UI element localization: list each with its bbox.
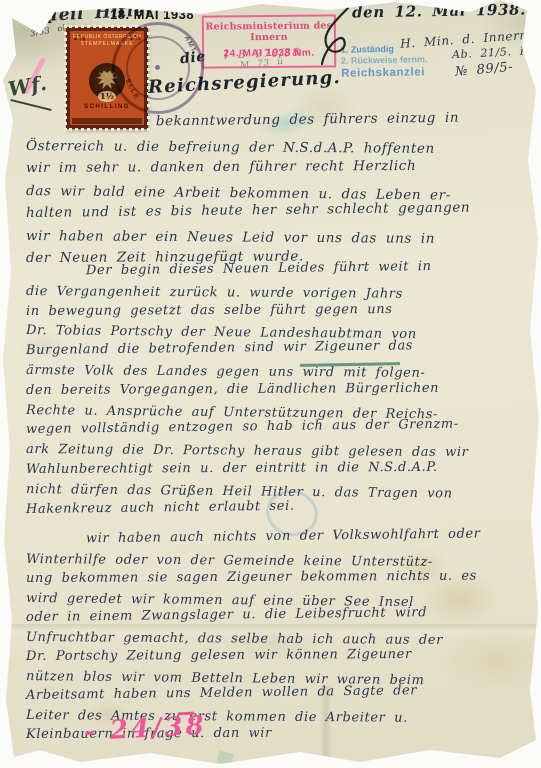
paper-remnant <box>217 751 234 766</box>
body-paragraph-1: Von der bekanntwerdung des führers einzu… <box>26 112 520 270</box>
handwritten-line: Dr. Portschy Zeitung gelesen wir können … <box>26 644 520 666</box>
paper-sheet: RK Heil Hitler 18. MAI 1938 3/53 ob den … <box>0 0 541 768</box>
handwritten-line: ung bekommen sie sagen Zigeuner bekommen… <box>26 566 520 588</box>
postmark-circle: AMT ELLE <box>112 22 204 114</box>
clerk-initial: Wf. <box>6 71 49 101</box>
handwritten-line: in bewegung gesetzt das selbe führt gege… <box>26 299 520 321</box>
handwritten-line: wir im sehr u. danken den führer recht H… <box>26 154 520 179</box>
handwritten-line: wegen vollständig entzogen so hab ich au… <box>26 414 520 440</box>
body-paragraph-3: wir haben auch nichts von der Volkswohlf… <box>26 530 520 745</box>
postmark-text-fragment-bottom: ELLE <box>124 78 140 101</box>
pencil-annotations: H. Min. d. Innern Ab. 21/5. Kb. № 89/5- <box>400 32 540 76</box>
handwritten-line: den bereits Vorgegangen, die Ländlichen … <box>26 378 520 400</box>
scanned-letter: RK Heil Hitler 18. MAI 1938 3/53 ob den … <box>0 0 541 768</box>
body-paragraph-2: Der begin dieses Neuen Leides führt weit… <box>26 262 520 519</box>
postmark-text-fragment-top: AMT <box>183 35 198 54</box>
received-date-stamp: 18. MAI 1938 <box>110 7 194 22</box>
archive-file-number: - 24/38 <box>83 711 207 747</box>
small-file-note: 3/53 ob <box>30 23 70 39</box>
postmark-center-dot <box>155 65 160 70</box>
handwritten-line: wir haben auch nichts von der Volkswohlf… <box>26 524 520 550</box>
handwritten-line: halten und ist es bis heute her sehr sch… <box>26 196 520 225</box>
ink-flourish <box>314 6 358 68</box>
handwritten-date-line: den 12. Mai 1938. <box>352 0 526 21</box>
stamp-value-center: 1½ <box>98 91 116 102</box>
stamp-ornament-band <box>72 118 142 124</box>
pencil-note-line3: № 89/5- <box>455 57 541 79</box>
handwritten-line: Wahlunberechtigt sein u. der eintritt in… <box>26 457 520 479</box>
clerk-initial-underline <box>10 99 51 111</box>
